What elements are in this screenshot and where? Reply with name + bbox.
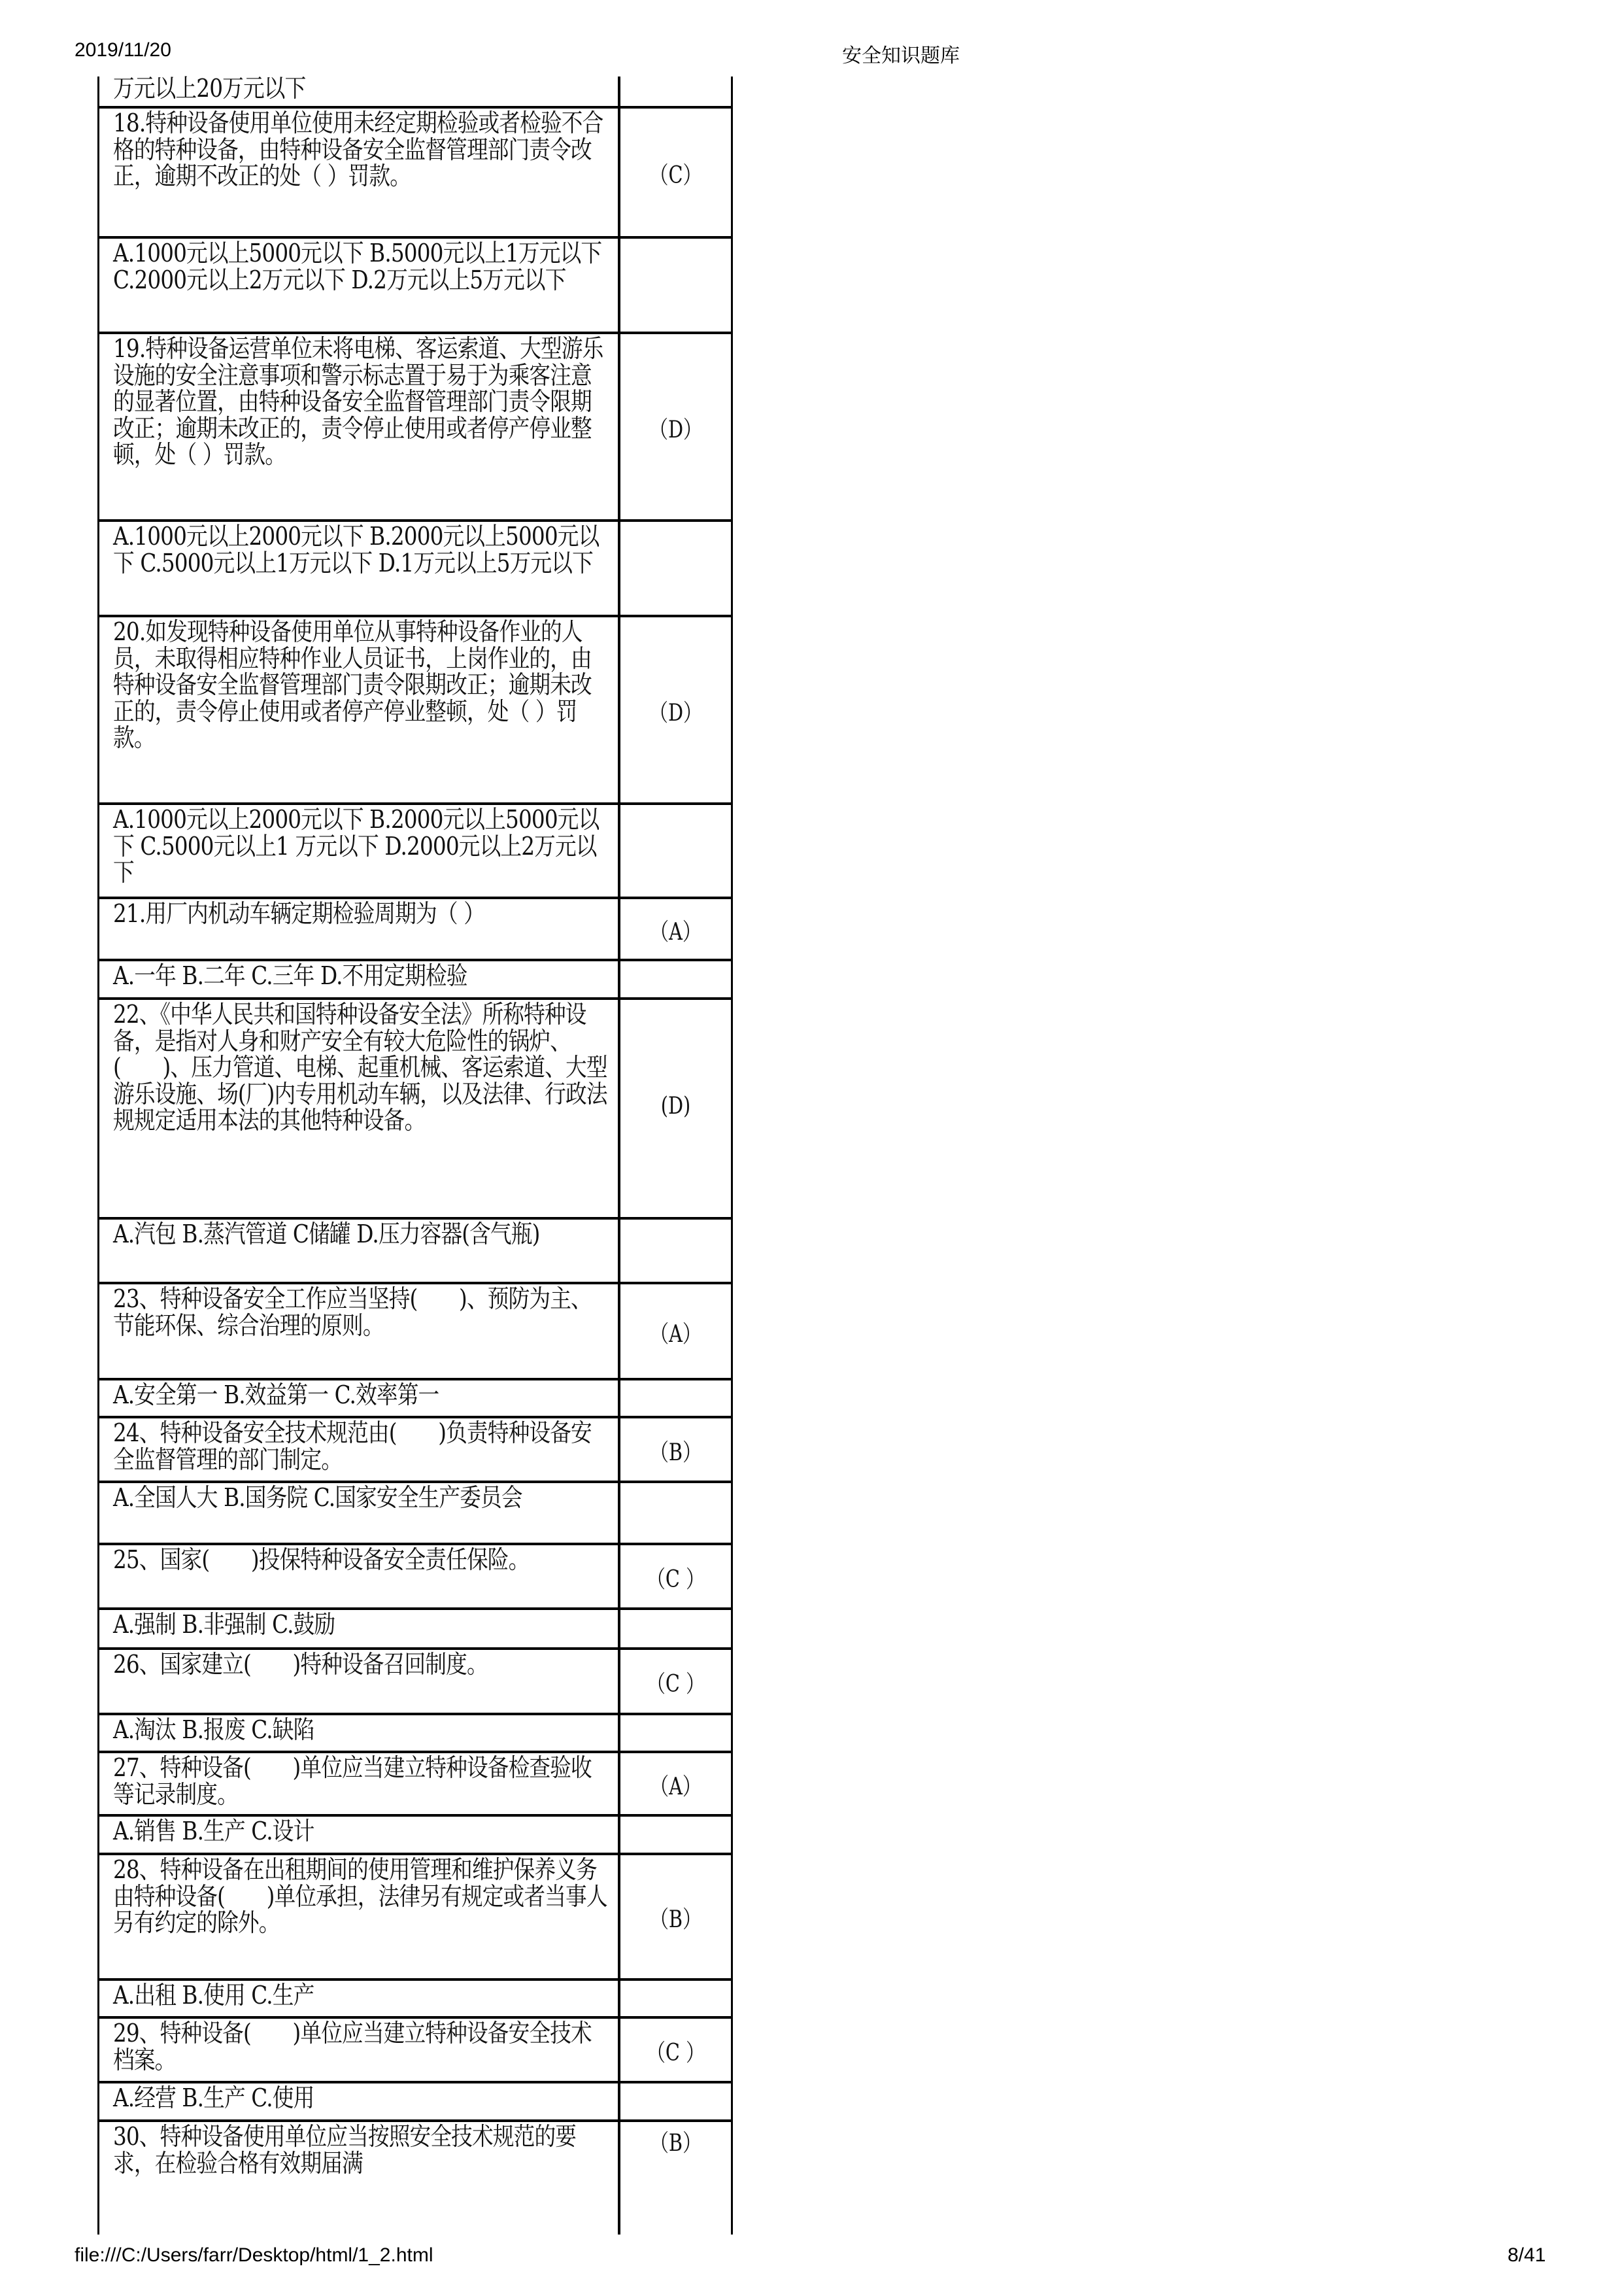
question-row: 24、特种设备安全技术规范由( )负责特种设备安全监督管理的部门制定。（B） <box>97 1416 733 1481</box>
question-table: 万元以上20万元以下18.特种设备使用单位使用未经定期检验或者检验不合格的特种设… <box>97 77 733 2235</box>
options-text: A.1000元以上2000元以下 B.2000元以上5000元以下 C.5000… <box>113 806 608 886</box>
options-text: 万元以上20万元以下 <box>113 75 608 102</box>
options-text: A.一年 B.二年 C.三年 D.不用定期检验 <box>113 963 608 989</box>
options-row: A.全国人大 B.国务院 C.国家安全生产委员会 <box>97 1481 733 1543</box>
question-text: 27、特种设备( )单位应当建立特种设备检查验收等记录制度。 <box>113 1755 608 1808</box>
question-text: 26、国家建立( )特种设备召回制度。 <box>113 1651 608 1678</box>
options-row: 万元以上20万元以下 <box>97 77 733 106</box>
answer-cell: （A） <box>632 1316 720 1349</box>
question-row: 25、国家( )投保特种设备安全责任保险。（C ） <box>97 1543 733 1607</box>
print-date: 2019/11/20 <box>75 39 171 61</box>
options-row: A.1000元以上2000元以下 B.2000元以上5000元以下 C.5000… <box>97 802 733 897</box>
options-text: A.1000元以上2000元以下 B.2000元以上5000元以下 C.5000… <box>113 523 608 576</box>
question-text: 24、特种设备安全技术规范由( )负责特种设备安全监督管理的部门制定。 <box>113 1420 608 1473</box>
question-row: 23、特种设备安全工作应当坚持( )、预防为主、节能环保、综合治理的原则。（A） <box>97 1282 733 1378</box>
answer-cell: （B） <box>632 1901 720 1934</box>
options-text: A.安全第一 B.效益第一 C.效率第一 <box>113 1382 608 1409</box>
question-text: 18.特种设备使用单位使用未经定期检验或者检验不合格的特种设备，由特种设备安全监… <box>113 110 608 190</box>
question-row: 22、《中华人民共和国特种设备安全法》所称特种设备，是指对人身和财产安全有较大危… <box>97 997 733 1217</box>
options-text: A.淘汰 B.报废 C.缺陷 <box>113 1717 608 1743</box>
document-title: 安全知识题库 <box>842 39 960 68</box>
question-row: 26、国家建立( )特种设备召回制度。（C ） <box>97 1647 733 1713</box>
answer-cell: （B） <box>632 1434 720 1467</box>
page-number: 8/41 <box>1508 2244 1546 2267</box>
answer-cell: （C ） <box>632 1666 720 1699</box>
answer-cell: （D） <box>632 694 720 728</box>
question-row: 20.如发现特种设备使用单位从事特种设备作业的人员，未取得相应特种作业人员证书，… <box>97 615 733 802</box>
question-row: 21.用厂内机动车辆定期检验周期为（ ）（A） <box>97 897 733 959</box>
options-row: A.安全第一 B.效益第一 C.效率第一 <box>97 1378 733 1416</box>
options-row: A.一年 B.二年 C.三年 D.不用定期检验 <box>97 959 733 997</box>
answer-cell: （C ） <box>632 2034 720 2068</box>
answer-cell: （A） <box>632 1768 720 1802</box>
question-row: 18.特种设备使用单位使用未经定期检验或者检验不合格的特种设备，由特种设备安全监… <box>97 106 733 236</box>
options-row: A.1000元以上5000元以下 B.5000元以上1万元以下 C.2000元以… <box>97 236 733 332</box>
options-row: A.1000元以上2000元以下 B.2000元以上5000元以下 C.5000… <box>97 519 733 615</box>
question-text: 28、特种设备在出租期间的使用管理和维护保养义务由特种设备( )单位承担，法律另… <box>113 1857 608 1936</box>
answer-cell: （D） <box>632 411 720 445</box>
options-row: A.经营 B.生产 C.使用 <box>97 2081 733 2119</box>
question-text: 20.如发现特种设备使用单位从事特种设备作业的人员，未取得相应特种作业人员证书，… <box>113 619 608 751</box>
question-text: 22、《中华人民共和国特种设备安全法》所称特种设备，是指对人身和财产安全有较大危… <box>113 1001 608 1134</box>
question-text: 23、特种设备安全工作应当坚持( )、预防为主、节能环保、综合治理的原则。 <box>113 1286 608 1339</box>
question-text: 25、国家( )投保特种设备安全责任保险。 <box>113 1547 608 1573</box>
options-text: A.全国人大 B.国务院 C.国家安全生产委员会 <box>113 1484 608 1511</box>
options-text: A.1000元以上5000元以下 B.5000元以上1万元以下 C.2000元以… <box>113 240 608 293</box>
answer-cell: (D) <box>632 1093 720 1120</box>
options-row: A.淘汰 B.报废 C.缺陷 <box>97 1713 733 1751</box>
answer-cell: （C） <box>632 157 720 190</box>
question-text: 21.用厂内机动车辆定期检验周期为（ ） <box>113 900 608 927</box>
options-text: A.出租 B.使用 C.生产 <box>113 1982 608 2009</box>
question-row: 19.特种设备运营单位未将电梯、客运索道、大型游乐设施的安全注意事项和警示标志置… <box>97 332 733 519</box>
question-text: 30、特种设备使用单位应当按照安全技术规范的要求，在检验合格有效期届满 <box>113 2123 608 2176</box>
options-text: A.强制 B.非强制 C.鼓励 <box>113 1611 608 1638</box>
answer-cell: （A） <box>632 914 720 947</box>
options-row: A.出租 B.使用 C.生产 <box>97 1978 733 2016</box>
options-text: A.销售 B.生产 C.设计 <box>113 1818 608 1845</box>
question-row: 30、特种设备使用单位应当按照安全技术规范的要求，在检验合格有效期届满（B） <box>97 2119 733 2235</box>
question-row: 29、特种设备( )单位应当建立特种设备安全技术档案。（C ） <box>97 2016 733 2081</box>
options-row: A.销售 B.生产 C.设计 <box>97 1814 733 1853</box>
answer-cell: （C ） <box>632 1561 720 1594</box>
file-path: file:///C:/Users/farr/Desktop/html/1_2.h… <box>75 2244 433 2267</box>
question-text: 29、特种设备( )单位应当建立特种设备安全技术档案。 <box>113 2020 608 2073</box>
answer-cell: （B） <box>632 2125 720 2158</box>
question-row: 27、特种设备( )单位应当建立特种设备检查验收等记录制度。（A） <box>97 1751 733 1814</box>
question-row: 28、特种设备在出租期间的使用管理和维护保养义务由特种设备( )单位承担，法律另… <box>97 1853 733 1978</box>
options-row: A.汽包 B.蒸汽管道 C储罐 D.压力容器(含气瓶) <box>97 1217 733 1282</box>
options-row: A.强制 B.非强制 C.鼓励 <box>97 1607 733 1647</box>
question-text: 19.特种设备运营单位未将电梯、客运索道、大型游乐设施的安全注意事项和警示标志置… <box>113 335 608 468</box>
options-text: A.经营 B.生产 C.使用 <box>113 2085 608 2112</box>
options-text: A.汽包 B.蒸汽管道 C储罐 D.压力容器(含气瓶) <box>113 1221 608 1248</box>
